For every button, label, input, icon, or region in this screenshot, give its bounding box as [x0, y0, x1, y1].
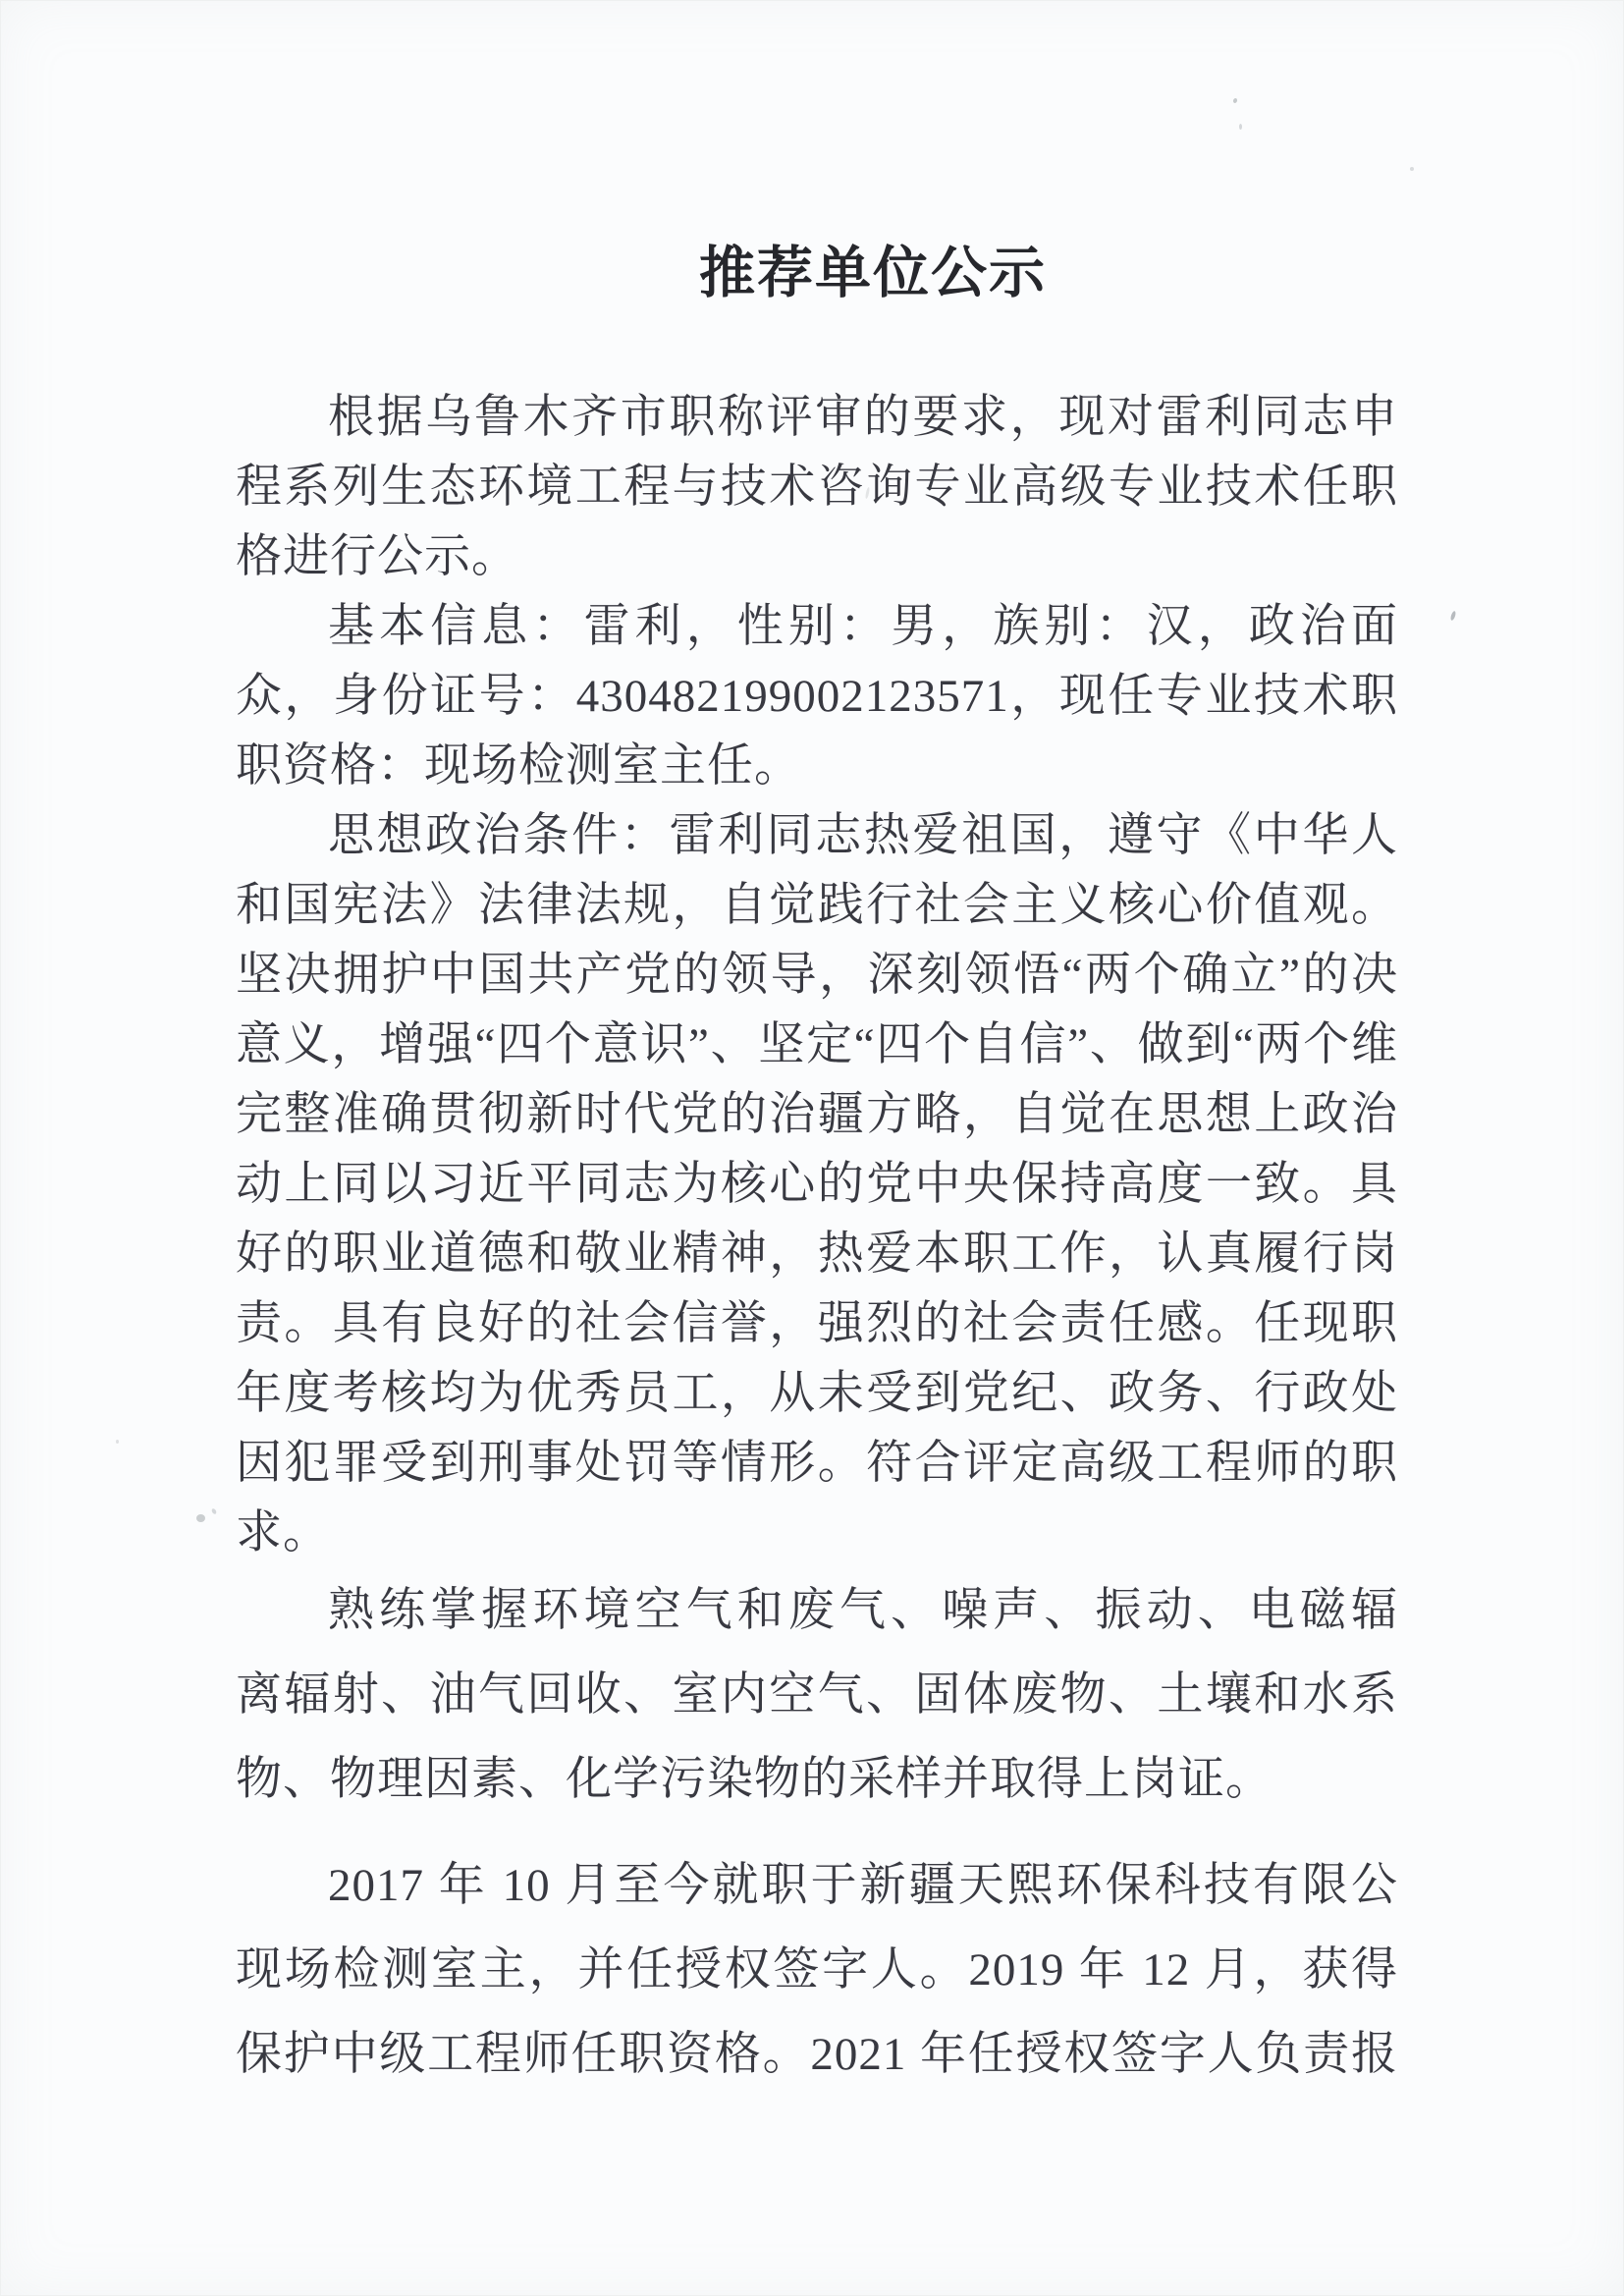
text-line: 众，身份证号：430482199002123571，现任专业技术职务任	[236, 662, 1398, 732]
text-line: 离辐射、油气回收、室内空气、固体废物、土壤和水系沉积	[236, 1653, 1398, 1737]
paragraph: 根据乌鲁木齐市职称评审的要求，现对雷利同志申报工程系列生态环境工程与技术咨询专业…	[236, 383, 1398, 592]
text-line: 求。	[236, 1499, 1398, 1568]
document-body: 根据乌鲁木齐市职称评审的要求，现对雷利同志申报工程系列生态环境工程与技术咨询专业…	[0, 383, 1624, 2097]
scanned-document-page: 推荐单位公示 根据乌鲁木齐市职称评审的要求，现对雷利同志申报工程系列生态环境工程…	[0, 0, 1624, 2296]
text-line: 思想政治条件：雷利同志热爱祖国，遵守《中华人民共	[236, 801, 1398, 871]
text-line: 意义，增强“四个意识”、坚定“四个自信”、做到“两个维护”，	[236, 1011, 1398, 1080]
document-title: 推荐单位公示	[61, 234, 1624, 312]
scan-artifact	[116, 1440, 119, 1444]
text-line: 年度考核均为优秀员工，从未受到党纪、政务、行政处分或	[236, 1359, 1398, 1429]
text-line: 责。具有良好的社会信誉，强烈的社会责任感。任现职期间，	[236, 1289, 1398, 1359]
paragraph: 2017 年 10 月至今就职于新疆天熙环保科技有限公司任现场检测室主，并任授权…	[236, 1843, 1398, 2097]
scan-artifact	[1239, 124, 1242, 130]
paragraph: 熟练掌握环境空气和废气、噪声、振动、电磁辐射、电离辐射、油气回收、室内空气、固体…	[236, 1568, 1398, 1822]
text-line: 因犯罪受到刑事处罚等情形。符合评定高级工程师的职业要	[236, 1429, 1398, 1499]
text-line: 基本信息：雷利，性别：男，族别：汉，政治面貌：群	[236, 592, 1398, 662]
text-line: 和国宪法》法律法规，自觉践行社会主义核心价值观。本人	[236, 871, 1398, 941]
text-line: 物、物理因素、化学污染物的采样并取得上岗证。	[236, 1737, 1398, 1822]
text-line: 程系列生态环境工程与技术咨询专业高级专业技术任职资	[236, 453, 1398, 522]
text-line: 现场检测室主，并任授权签字人。2019 年 12 月，获得环境	[236, 1928, 1398, 2012]
text-line: 根据乌鲁木齐市职称评审的要求，现对雷利同志申报工	[236, 383, 1398, 453]
text-line: 动上同以习近平同志为核心的党中央保持高度一致。具有良	[236, 1150, 1398, 1220]
text-line: 好的职业道德和敬业精神，热爱本职工作，认真履行岗位职	[236, 1220, 1398, 1289]
paragraph: 基本信息：雷利，性别：男，族别：汉，政治面貌：群众，身份证号：430482199…	[236, 592, 1398, 801]
text-line: 2017 年 10 月至今就职于新疆天熙环保科技有限公司任	[236, 1843, 1398, 1928]
text-line: 格进行公示。	[236, 522, 1398, 592]
scan-artifact	[196, 1514, 205, 1522]
scan-artifact	[1232, 97, 1237, 103]
text-line: 坚决拥护中国共产党的领导，深刻领悟“两个确立”的决定性	[236, 941, 1398, 1011]
text-line: 完整准确贯彻新时代党的治疆方略，自觉在思想上政治上行	[236, 1080, 1398, 1150]
text-line: 职资格：现场检测室主任。	[236, 732, 1398, 801]
scan-artifact	[1410, 167, 1414, 171]
paragraph: 思想政治条件：雷利同志热爱祖国，遵守《中华人民共和国宪法》法律法规，自觉践行社会…	[236, 801, 1398, 1568]
text-line: 熟练掌握环境空气和废气、噪声、振动、电磁辐射、电	[236, 1568, 1398, 1653]
text-line: 保护中级工程师任职资格。2021 年任授权签字人负责报告审	[236, 2012, 1398, 2097]
